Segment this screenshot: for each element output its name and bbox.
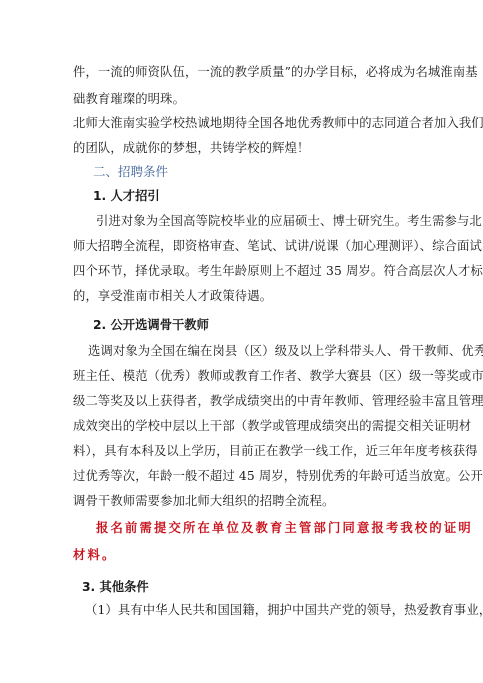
paragraph-line: 班主任、模范（优秀）教师或教育工作者、教学大赛县（区）级一等奖或市 bbox=[73, 368, 483, 384]
paragraph-line: 引进对象为全国高等院校毕业的应届硕士、博士研究生。考生需参与北 bbox=[96, 213, 482, 229]
paragraph-line: 件，一流的师资队伍，一流的教学质量”的办学目标，必将成为名城淮南基 bbox=[73, 64, 478, 80]
subsection-heading: 2. 公开选调骨干教师 bbox=[93, 317, 209, 333]
notice-text: 材料。 bbox=[73, 547, 117, 563]
subsection-heading: 3. 其他条件 bbox=[82, 579, 149, 595]
paragraph-line: （1）具有中华人民共和国国籍，拥护中国共产党的领导，热爱教育事业， bbox=[85, 602, 483, 618]
notice-text: 报名前需提交所在单位及教育主管部门同意报考我校的证明 bbox=[96, 520, 473, 536]
paragraph-line: 师大招聘全流程，即资格审查、笔试、试讲/说课（加心理测评）、综合面试 bbox=[73, 238, 482, 254]
paragraph-line: 成效突出的学校中层以上干部（教学或管理成绩突出的需提交相关证明材 bbox=[73, 418, 471, 434]
paragraph-line: 料），具有本科及以上学历，目前正在教学一线工作，近三年年度考核获得 bbox=[73, 443, 478, 459]
paragraph-line: 四个环节，择优录取。考生年龄原则上不超过 35 周岁。符合高层次人才标准 bbox=[73, 263, 483, 279]
section-heading: 二、招聘条件 bbox=[93, 164, 168, 180]
paragraph-line: 调骨干教师需要参加北师大组织的招聘全流程。 bbox=[73, 493, 334, 509]
paragraph-line: 过优秀等次，年龄一般不超过 45 周岁，特别优秀的年龄可适当放宽。公开选 bbox=[73, 468, 483, 484]
paragraph-line: 的，享受淮南市相关人才政策待遇。 bbox=[73, 288, 272, 304]
subsection-heading: 1. 人才招引 bbox=[93, 188, 160, 204]
paragraph-line: 的团队，成就你的梦想，共铸学校的辉煌！ bbox=[73, 140, 310, 156]
paragraph-line: 级二等奖及以上获得者，教学成绩突出的中青年教师、管理经验丰富且管理 bbox=[73, 393, 483, 409]
paragraph-line: 选调对象为全国在编在岗县（区）级及以上学科带头人、骨干教师、优秀 bbox=[88, 343, 483, 359]
paragraph-line: 础教育璀璨的明珠。 bbox=[73, 91, 185, 107]
paragraph-line: 北师大淮南实验学校热诚地期待全国各地优秀教师中的志同道合者加入我们 bbox=[73, 115, 483, 131]
